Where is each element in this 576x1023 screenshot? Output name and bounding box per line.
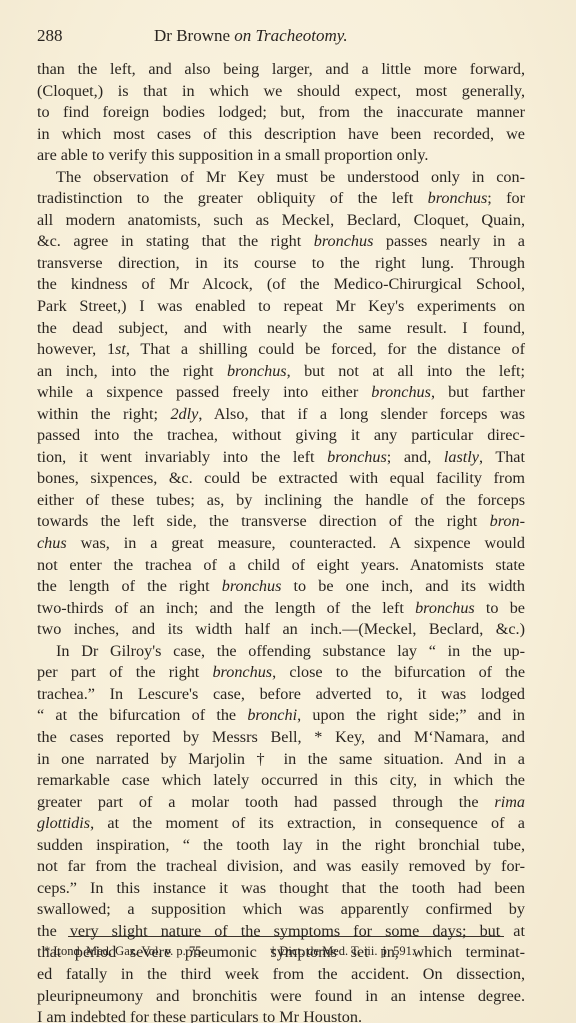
text-line: remarkable case which lately occurred in… <box>37 770 525 792</box>
text-segment: the dead subject, and with nearly the sa… <box>37 319 525 337</box>
text-line: not far from the tracheal division, and … <box>37 856 525 878</box>
text-segment: , upon the right side;” and in <box>297 706 525 724</box>
text-segment: tradistinction to the greater obliquity … <box>37 189 428 207</box>
page-number: 288 <box>37 24 63 48</box>
text-segment: swallowed; a supposition which was appar… <box>37 900 525 918</box>
italic-term: bronchus <box>371 383 431 401</box>
text-line: chus was, in a great measure, counteract… <box>37 533 525 555</box>
text-segment: trachea.” In Lescure's case, before adve… <box>37 685 525 703</box>
text-segment: remarkable case which lately occurred in… <box>37 771 525 789</box>
text-line: an inch, into the right bronchus, but no… <box>37 361 525 383</box>
text-line: to find foreign bodies lodged; but, from… <box>37 102 525 124</box>
text-segment: per part of the right <box>37 663 212 681</box>
text-line: tion, it went invariably into the left b… <box>37 447 525 469</box>
text-segment: ceps.” In this instance it was thought t… <box>37 879 525 897</box>
text-segment: however, 1 <box>37 340 115 358</box>
text-segment: tion, it went invariably into the left <box>37 448 327 466</box>
text-line: the cases reported by Messrs Bell, * Key… <box>37 727 525 749</box>
running-head-author: Dr Browne <box>154 26 234 45</box>
text-segment: towards the left side, the transverse di… <box>37 512 490 530</box>
body-text: than the left, and also being larger, an… <box>37 59 525 1023</box>
italic-term: bronchus <box>227 362 287 380</box>
text-line: within the right; 2dly, Also, that if a … <box>37 404 525 426</box>
text-line: ed fatally in the third week from the ac… <box>37 964 525 986</box>
footnote-2: † Dict. de Med. T. iii. p. 591. <box>270 942 415 960</box>
text-segment: to be one inch, and its width <box>281 577 525 595</box>
text-segment: not enter the trachea of a child of eigh… <box>37 556 525 574</box>
text-segment: , close to the bifurcation of the <box>272 663 525 681</box>
italic-term: st <box>115 340 126 358</box>
italic-term: bronchus <box>415 599 475 617</box>
text-line: Park Street,) I was enabled to repeat Mr… <box>37 296 525 318</box>
text-segment: (Cloquet,) is that in which we should ex… <box>37 82 525 100</box>
text-segment: The observation of Mr Key must be unders… <box>56 168 525 186</box>
text-line: two-thirds of an inch; and the length of… <box>37 598 525 620</box>
text-line: (Cloquet,) is that in which we should ex… <box>37 81 525 103</box>
footnote-divider <box>68 936 504 937</box>
text-line: &c. agree in stating that the right bron… <box>37 231 525 253</box>
text-line: all modern anatomists, such as Meckel, B… <box>37 210 525 232</box>
text-segment: while a sixpence passed freely into eith… <box>37 383 371 401</box>
text-segment: the very slight nature of the symptoms f… <box>37 922 525 940</box>
text-segment: an inch, into the right <box>37 362 227 380</box>
text-segment: in which most cases of this description … <box>37 125 525 143</box>
text-line: transverse direction, in its course to t… <box>37 253 525 275</box>
text-line: the kindness of Mr Alcock, (of the Medic… <box>37 274 525 296</box>
italic-term: bronchus <box>212 663 272 681</box>
italic-term: chus <box>37 534 67 552</box>
italic-term: bron- <box>490 512 525 530</box>
text-line: while a sixpence passed freely into eith… <box>37 382 525 404</box>
text-segment: than the left, and also being larger, an… <box>37 60 525 78</box>
running-head-title: on Tracheotomy. <box>234 26 347 45</box>
text-line: than the left, and also being larger, an… <box>37 59 525 81</box>
text-line: trachea.” In Lescure's case, before adve… <box>37 684 525 706</box>
text-line: either of these tubes; as, by inclining … <box>37 490 525 512</box>
text-segment: to be <box>475 599 525 617</box>
text-segment: was, in a great measure, counteracted. A… <box>67 534 525 552</box>
text-segment: I am indebted for these particulars to M… <box>37 1008 362 1023</box>
text-line: per part of the right bronchus, close to… <box>37 662 525 684</box>
italic-term: 2dly <box>170 405 198 423</box>
text-segment: ; and, <box>387 448 444 466</box>
text-line: I am indebted for these particulars to M… <box>37 1007 525 1023</box>
italic-term: bronchus <box>428 189 488 207</box>
text-segment: pleuripneumony and bronchitis were found… <box>37 987 525 1005</box>
text-line: are able to verify this supposition in a… <box>37 145 525 167</box>
text-line: “ at the bifurcation of the bronchi, upo… <box>37 705 525 727</box>
italic-term: glottidis <box>37 814 90 832</box>
text-line: bones, sixpences, &c. could be extracted… <box>37 468 525 490</box>
text-segment: not far from the tracheal division, and … <box>37 857 525 875</box>
text-line: the dead subject, and with nearly the sa… <box>37 318 525 340</box>
text-segment: Park Street,) I was enabled to repeat Mr… <box>37 297 525 315</box>
text-line: ceps.” In this instance it was thought t… <box>37 878 525 900</box>
italic-term: bronchi <box>247 706 297 724</box>
text-line: passed into the trachea, without giving … <box>37 425 525 447</box>
text-segment: to find foreign bodies lodged; but, from… <box>37 103 525 121</box>
text-line: two inches, and its width half an inch.—… <box>37 619 525 641</box>
text-line: the length of the right bronchus to be o… <box>37 576 525 598</box>
text-segment: , Also, that if a long slender forceps w… <box>198 405 525 423</box>
text-line: tradistinction to the greater obliquity … <box>37 188 525 210</box>
text-segment: , but farther <box>431 383 525 401</box>
text-line: however, 1st, That a shilling could be f… <box>37 339 525 361</box>
page-header: 288 Dr Browne on Tracheotomy. <box>37 24 525 48</box>
italic-term: lastly <box>444 448 479 466</box>
text-line: The observation of Mr Key must be unders… <box>37 167 525 189</box>
text-segment: , at the moment of its extraction, in co… <box>90 814 525 832</box>
text-line: greater part of a molar tooth had passed… <box>37 792 525 814</box>
text-line: not enter the trachea of a child of eigh… <box>37 555 525 577</box>
text-segment: the length of the right <box>37 577 222 595</box>
text-segment: “ at the bifurcation of the <box>37 706 247 724</box>
italic-term: bronchus <box>222 577 282 595</box>
text-segment: transverse direction, in its course to t… <box>37 254 525 272</box>
text-segment: , but not at all into the left; <box>287 362 525 380</box>
text-segment: two inches, and its width half an inch.—… <box>37 620 525 638</box>
text-segment: the cases reported by Messrs Bell, * Key… <box>37 728 525 746</box>
footnote-1: * Lond. Med. Gaz. Vol. v. p. 75. <box>44 942 205 960</box>
text-segment: , That a shilling could be forced, for t… <box>126 340 525 358</box>
text-line: pleuripneumony and bronchitis were found… <box>37 986 525 1008</box>
text-segment: , That <box>479 448 525 466</box>
text-segment: all modern anatomists, such as Meckel, B… <box>37 211 525 229</box>
text-line: in which most cases of this description … <box>37 124 525 146</box>
text-line: swallowed; a supposition which was appar… <box>37 899 525 921</box>
text-line: In Dr Gilroy's case, the offending subst… <box>37 641 525 663</box>
text-segment: the kindness of Mr Alcock, (of the Medic… <box>37 275 525 293</box>
text-segment: two-thirds of an inch; and the length of… <box>37 599 415 617</box>
text-segment: sudden inspiration, “ the tooth lay in t… <box>37 836 525 854</box>
text-segment: within the right; <box>37 405 170 423</box>
text-segment: ed fatally in the third week from the ac… <box>37 965 525 983</box>
text-segment: ; for <box>487 189 525 207</box>
italic-term: bronchus <box>327 448 387 466</box>
book-page: 288 Dr Browne on Tracheotomy. than the l… <box>0 0 576 1023</box>
text-line: glottidis, at the moment of its extracti… <box>37 813 525 835</box>
text-segment: greater part of a molar tooth had passed… <box>37 793 494 811</box>
running-head: Dr Browne on Tracheotomy. <box>154 24 348 48</box>
text-segment: bones, sixpences, &c. could be extracted… <box>37 469 525 487</box>
text-segment: passes nearly in a <box>373 232 525 250</box>
text-segment: passed into the trachea, without giving … <box>37 426 525 444</box>
text-segment: In Dr Gilroy's case, the offending subst… <box>56 642 525 660</box>
text-segment: in one narrated by Marjolin † in the sam… <box>37 750 525 768</box>
italic-term: bronchus <box>314 232 374 250</box>
text-segment: either of these tubes; as, by inclining … <box>37 491 525 509</box>
text-line: towards the left side, the transverse di… <box>37 511 525 533</box>
text-line: in one narrated by Marjolin † in the sam… <box>37 749 525 771</box>
text-segment: &c. agree in stating that the right <box>37 232 314 250</box>
text-line: sudden inspiration, “ the tooth lay in t… <box>37 835 525 857</box>
italic-term: rima <box>494 793 525 811</box>
text-line: the very slight nature of the symptoms f… <box>37 921 525 943</box>
text-segment: are able to verify this supposition in a… <box>37 146 428 164</box>
